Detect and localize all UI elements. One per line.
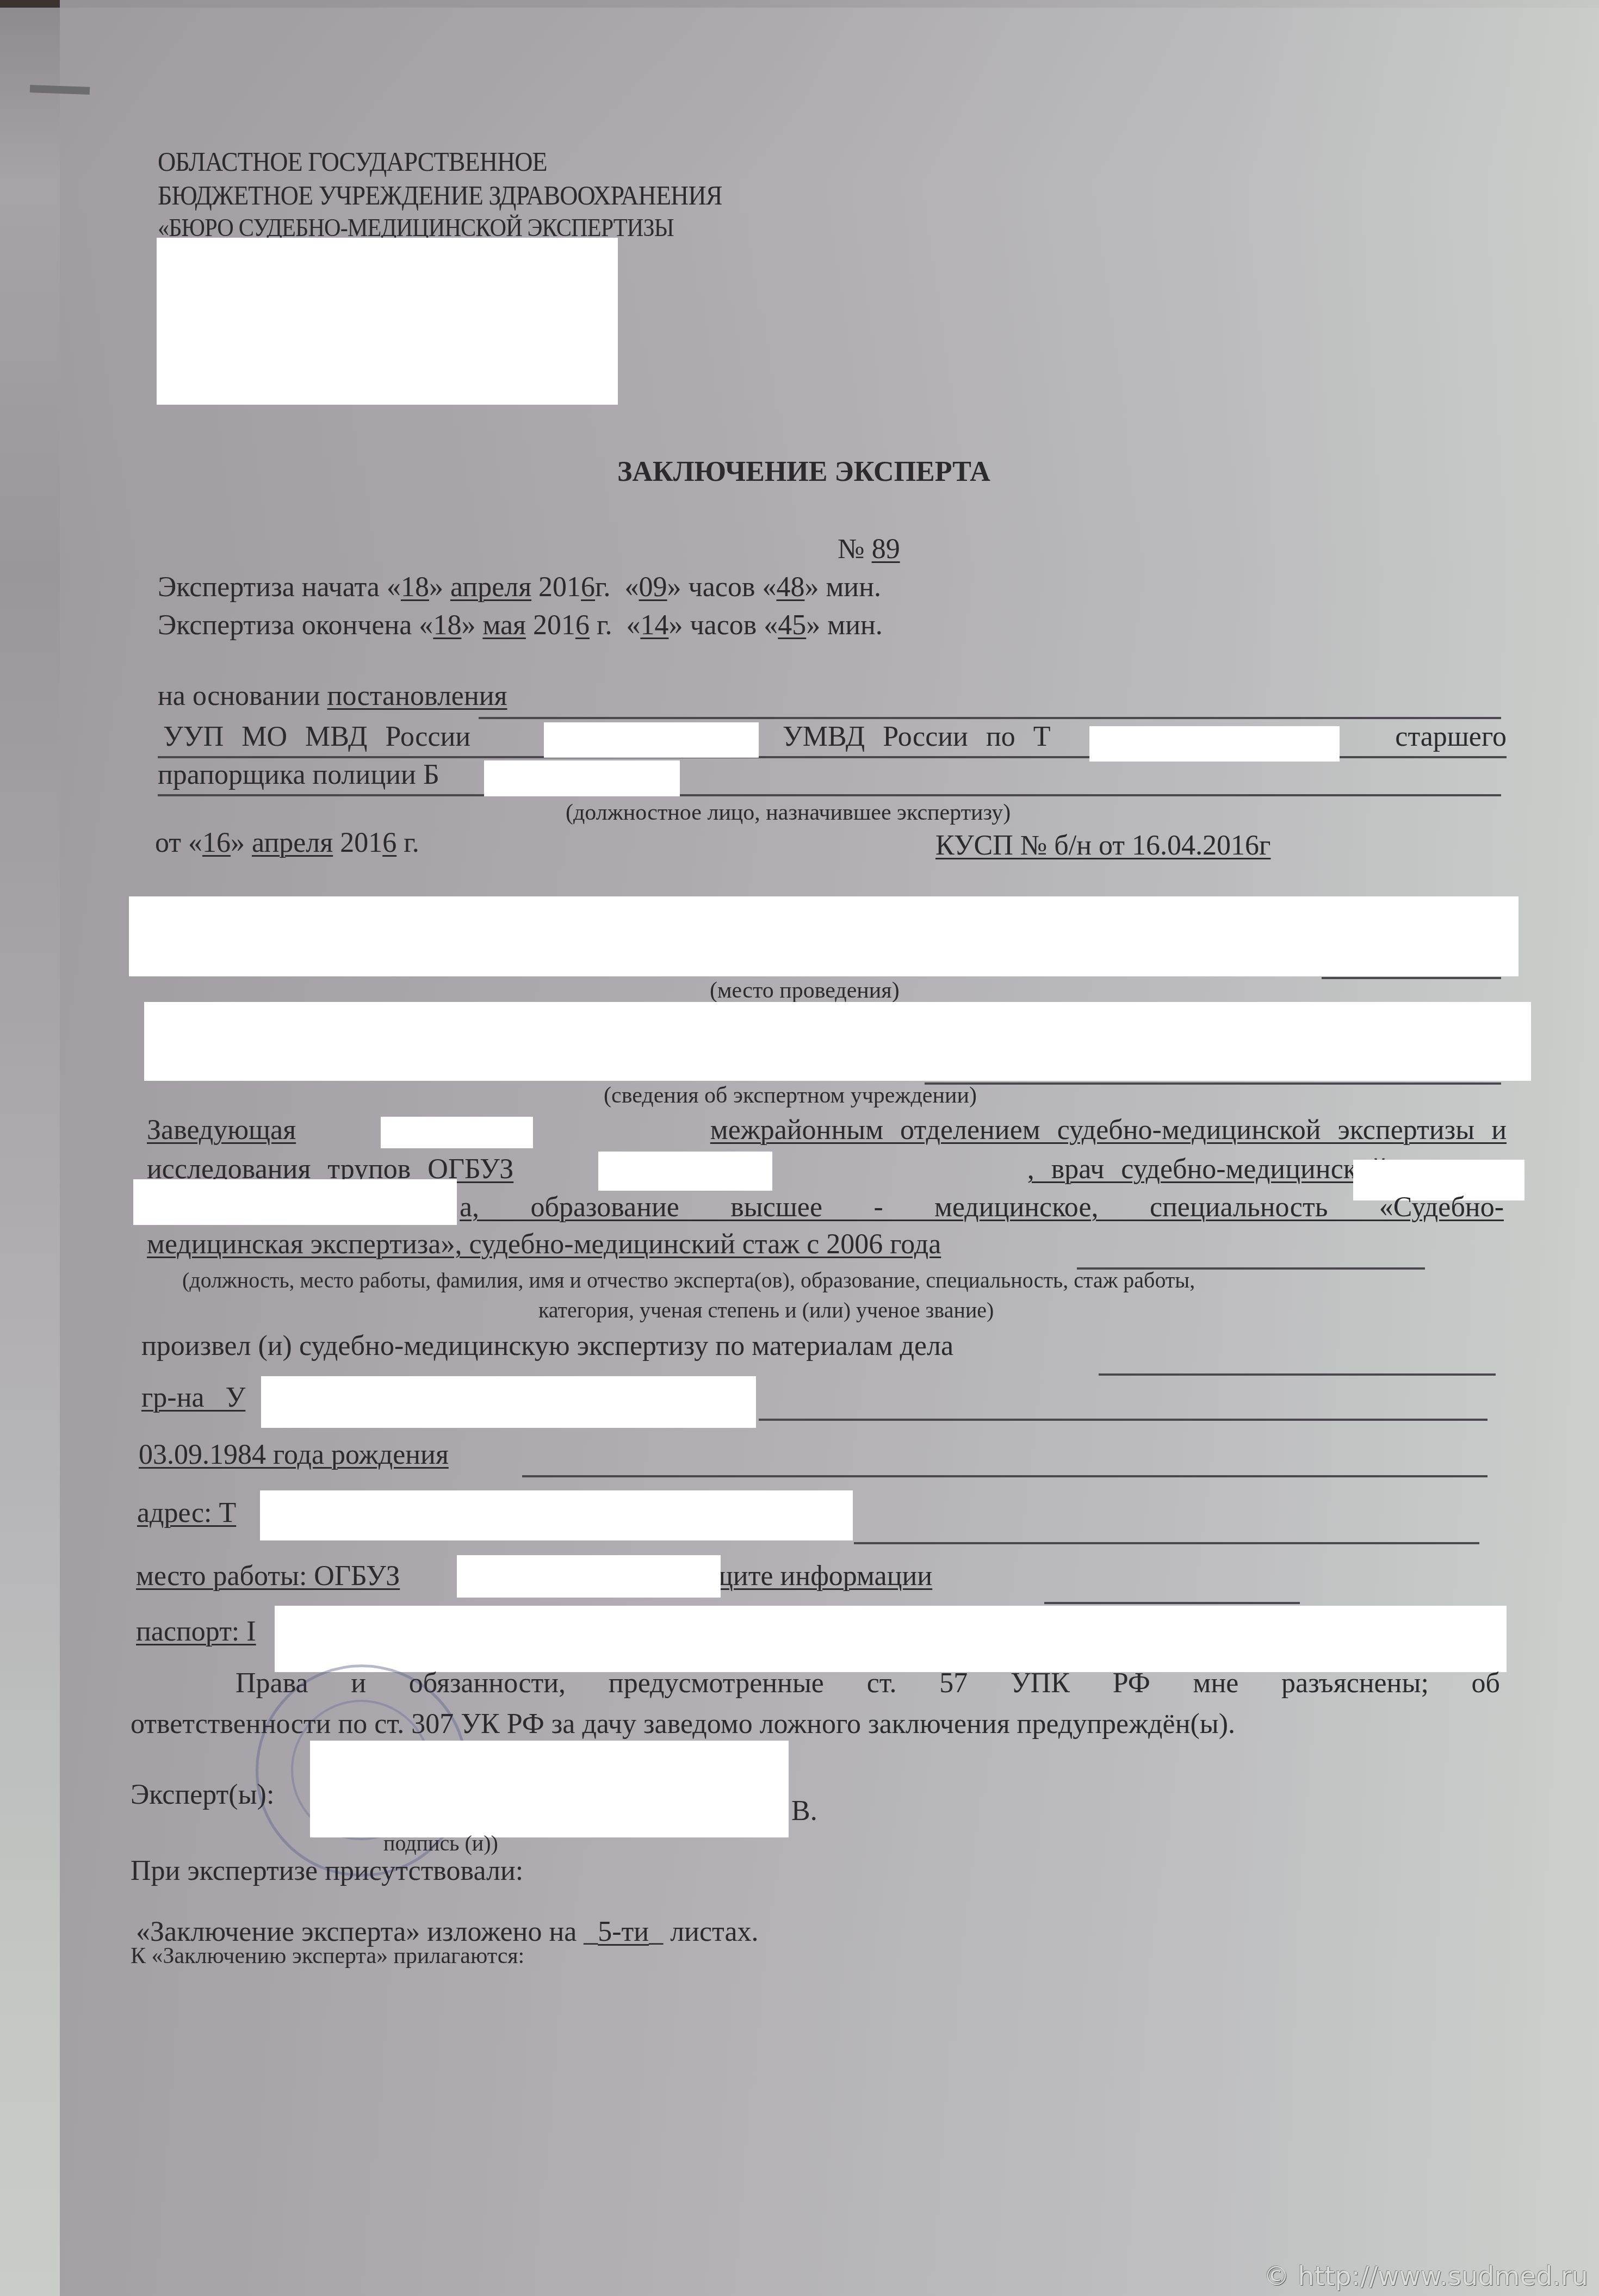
redaction-block — [310, 1741, 789, 1837]
caption-institution: (сведения об экспертном учреждении) — [604, 1082, 977, 1109]
redaction-block — [157, 238, 618, 405]
work-prefix: место работы: ОГБУЗ — [136, 1561, 400, 1592]
signature-initial: В. — [791, 1795, 817, 1827]
signature-caption: подпись (и)) — [383, 1830, 498, 1856]
finished-month: мая — [482, 610, 526, 641]
basis-rank: старшего — [1395, 721, 1507, 753]
redaction-block — [129, 896, 1519, 976]
address-prefix: адрес: Т — [137, 1497, 236, 1528]
kusp-reference: КУСП № б/н от 16.04.2016г — [935, 830, 1270, 862]
redaction-block — [133, 1179, 457, 1225]
watermark: © http://www.sudmed.ru — [1263, 2261, 1588, 2292]
started-year-unit: г. — [595, 572, 610, 603]
citizen-prefix: гр-на У — [141, 1382, 245, 1413]
basis-label: на основании — [158, 680, 320, 711]
basis-line: на основании постановления — [158, 680, 507, 712]
started-hours-label: часов — [689, 572, 755, 603]
redaction-block — [484, 760, 680, 796]
redaction-block — [275, 1606, 1507, 1672]
redaction-block — [544, 722, 759, 758]
underline-rule — [854, 1542, 1479, 1544]
basis-department: УМВД России по Т — [783, 721, 1051, 753]
rights-line1: Права и обязанности, предусмотренные ст.… — [135, 1667, 1500, 1699]
org-name-line2: БЮДЖЕТНОЕ УЧРЕЖДЕНИЕ ЗДРАВООХРАНЕНИЯ — [158, 180, 722, 211]
underline-rule — [759, 1419, 1488, 1421]
underline-rule — [1099, 1373, 1496, 1376]
basis-officer: прапорщика полиции Б — [158, 759, 439, 790]
signature-label: Эксперт(ы): — [131, 1779, 274, 1811]
number-sign: № — [838, 534, 865, 565]
document-number: № 89 — [838, 533, 900, 565]
started-hours: 09 — [639, 572, 667, 603]
binder-mark — [30, 85, 90, 95]
expert-line3: а, образование высшее - медицинское, спе… — [460, 1191, 1504, 1223]
underline-rule — [1044, 1602, 1300, 1604]
underline-rule — [1322, 977, 1501, 979]
redaction-block — [260, 1490, 853, 1540]
redaction-block — [144, 1002, 1531, 1081]
started-year-prefix: 201 — [538, 572, 581, 603]
expert-line1: Заведующая межрайонным отделением судебн… — [147, 1114, 1507, 1146]
finished-label: Экспертиза окончена « — [158, 610, 433, 641]
finished-hours: 14 — [640, 610, 668, 641]
org-name-line1: ОБЛАСТНОЕ ГОСУДАРСТВЕННОЕ — [158, 146, 547, 177]
started-minutes-label: мин. — [826, 572, 881, 603]
subject-birth: 03.09.1984 года рождения — [139, 1439, 449, 1471]
started-label: Экспертиза начата « — [158, 572, 401, 603]
caption-place: (место проведения) — [710, 977, 900, 1004]
finished-minutes: 45 — [778, 610, 806, 641]
expert-position: Заведующая — [147, 1114, 296, 1146]
document-title: ЗАКЛЮЧЕНИЕ ЭКСПЕРТА — [617, 456, 990, 488]
started-minutes: 48 — [776, 572, 804, 603]
present-line: При экспертизе присутствовали: — [131, 1855, 523, 1887]
started-day: 18 — [401, 572, 429, 603]
underline-rule — [158, 794, 1501, 796]
redaction-block — [381, 1117, 533, 1148]
finished-year-suffix: 6 — [575, 610, 590, 641]
basis-date-year-prefix: 201 — [340, 827, 382, 858]
pages-value: 5-ти — [598, 1916, 649, 1947]
expert-line4: медицинская экспертиза», судебно-медицин… — [147, 1228, 941, 1260]
subject-intro: произвел (и) судебно-медицинскую эксперт… — [141, 1330, 953, 1362]
redaction-block — [457, 1555, 721, 1598]
exam-finished-line: Экспертиза окончена «18» мая 2016 г. «14… — [158, 609, 883, 641]
basis-date-day: 16 — [202, 827, 231, 858]
basis-unit: УУП МО МВД России — [163, 721, 470, 753]
pages-suffix: листах. — [670, 1916, 758, 1947]
number-value: 89 — [872, 534, 900, 565]
basis-doc-type: постановления — [327, 680, 507, 711]
exam-started-line: Экспертиза начата «18» апреля 2016г. «09… — [158, 571, 881, 603]
finished-year-prefix: 201 — [533, 610, 575, 641]
started-year-suffix: 6 — [581, 572, 595, 603]
underline-rule — [479, 717, 1501, 719]
basis-date-year-suffix: 6 — [382, 827, 396, 858]
basis-date-prefix: от « — [155, 827, 202, 858]
caption-official: (должностное лицо, назначившее экспертиз… — [566, 800, 1011, 826]
basis-date-month: апреля — [252, 827, 333, 858]
caption-expert-info-2: категория, ученая степень и (или) ученое… — [538, 1297, 994, 1323]
basis-date-year-unit: г. — [404, 827, 419, 858]
redaction-block — [598, 1152, 772, 1191]
redaction-block — [261, 1376, 756, 1428]
rights-line2: ответственности по ст. 307 УК РФ за дачу… — [131, 1708, 1235, 1740]
caption-expert-info-1: (должность, место работы, фамилия, имя и… — [182, 1267, 1195, 1293]
finished-hours-label: часов — [690, 610, 757, 641]
finished-minutes-label: мин. — [827, 610, 883, 641]
finished-year-unit: г. — [597, 610, 612, 641]
finished-day: 18 — [433, 610, 461, 641]
redaction-block — [1089, 726, 1340, 762]
expert-department: межрайонным отделением судебно-медицинск… — [710, 1114, 1507, 1146]
underline-rule — [522, 1475, 1488, 1477]
started-month: апреля — [450, 572, 531, 603]
attachments-line: К «Заключению эксперта» прилагаются: — [131, 1943, 524, 1969]
underline-rule — [925, 1082, 1501, 1085]
subject-passport: паспорт: I — [136, 1616, 256, 1648]
basis-date-line: от «16» апреля 2016 г. — [155, 827, 419, 859]
